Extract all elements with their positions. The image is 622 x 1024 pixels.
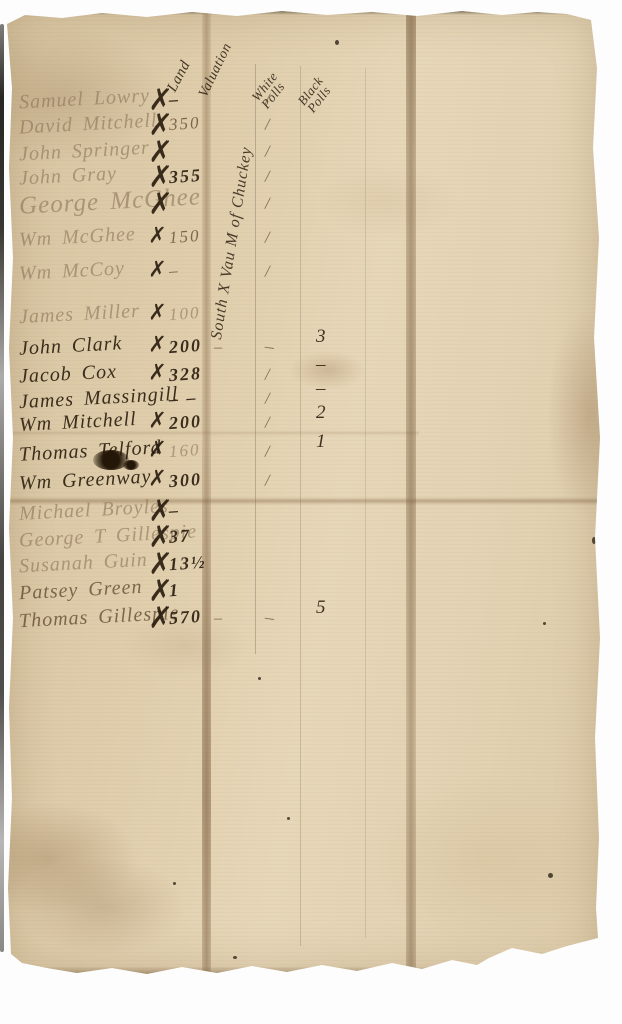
person-name: Jacob Cox bbox=[18, 360, 117, 388]
land-acreage-value: 200 bbox=[168, 335, 202, 358]
land-acreage-value: – bbox=[168, 261, 180, 282]
white-polls-value: / bbox=[264, 166, 272, 187]
person-name: Thomas Telford bbox=[18, 436, 162, 466]
person-name: Michael Broyles bbox=[19, 495, 170, 526]
ledger-row: James Miller ✗ 100 bbox=[7, 303, 601, 331]
ledger-row: Wm McGhee ✗ 150 / bbox=[7, 226, 601, 254]
person-name: Susanah Guin bbox=[18, 549, 148, 579]
white-polls-value: / bbox=[264, 227, 272, 248]
paper-bottom-edge bbox=[7, 966, 601, 974]
stain-speck bbox=[233, 956, 237, 959]
white-polls-value: / bbox=[264, 364, 272, 385]
black-polls-value: – bbox=[316, 378, 326, 400]
person-name: Wm Mitchell bbox=[18, 408, 137, 437]
ledger-row: George T Gillespie ✗ 37 bbox=[7, 525, 601, 553]
check-x-mark: ✗ bbox=[148, 255, 167, 284]
scanner-edge-strip bbox=[0, 24, 4, 952]
land-acreage-value: 37 bbox=[168, 525, 191, 547]
ledger-row: George McGhee ✗ / bbox=[7, 192, 601, 220]
ink-blot-small bbox=[123, 460, 139, 470]
white-polls-value: / bbox=[264, 441, 272, 462]
stain-speck bbox=[543, 622, 546, 625]
land-acreage-value: – bbox=[168, 89, 180, 111]
land-acreage-value: 200 bbox=[168, 411, 202, 434]
stain-speck bbox=[548, 873, 553, 878]
person-name: John Gray bbox=[18, 162, 117, 190]
black-polls-value: 5 bbox=[316, 597, 326, 619]
stain-speck bbox=[287, 817, 290, 820]
check-x-mark: ✗ bbox=[148, 464, 167, 493]
ledger-row: David Mitchell ✗ 350 / bbox=[7, 113, 601, 141]
land-acreage-value: 160 bbox=[168, 440, 201, 462]
check-x-mark: ✗ bbox=[148, 406, 167, 435]
land-acreage-value: 150 bbox=[168, 226, 201, 248]
person-name: John Clark bbox=[18, 332, 122, 360]
stain-speck bbox=[592, 537, 596, 544]
white-polls-value: / bbox=[264, 261, 272, 282]
document-paper: Land Valuation White Polls Black Polls S… bbox=[7, 8, 601, 974]
ledger-row: Patsey Green ✗ 1 bbox=[7, 579, 601, 607]
white-polls-value: / bbox=[264, 114, 272, 135]
ledger-row: Wm Greenway ✗ 300 / bbox=[7, 469, 601, 497]
land-acreage-value: – bbox=[168, 500, 180, 522]
person-name: Wm McCoy bbox=[18, 257, 125, 286]
check-x-mark: ✗ bbox=[148, 298, 167, 327]
white-polls-value: / bbox=[264, 193, 272, 214]
black-polls-value: 3 bbox=[316, 326, 326, 348]
land-acreage-value: 300 bbox=[168, 469, 202, 492]
white-polls-value: / bbox=[264, 470, 272, 491]
valuation-value: – bbox=[214, 339, 223, 357]
ledger-row: Wm Mitchell ✗ 200 / 2 bbox=[7, 411, 601, 439]
white-polls-value: – bbox=[264, 335, 276, 357]
land-acreage-value: 13½ bbox=[168, 552, 207, 576]
land-acreage-value: – – bbox=[168, 387, 198, 410]
check-x-mark: ✗ bbox=[148, 221, 167, 250]
stain-speck bbox=[258, 677, 261, 680]
valuation-value: – bbox=[214, 610, 223, 628]
person-name: Patsey Green bbox=[18, 576, 143, 605]
ledger-row: Michael Broyles ✗ – bbox=[7, 499, 601, 527]
ledger-row: John Clark ✗ 200 – – 3 bbox=[7, 335, 601, 363]
person-name: John Springer bbox=[18, 137, 150, 167]
white-polls-value: / bbox=[264, 141, 272, 162]
white-polls-value: / bbox=[264, 412, 272, 433]
person-name: James Miller bbox=[18, 300, 140, 329]
land-acreage-value: 570 bbox=[168, 606, 202, 629]
white-polls-value: – bbox=[264, 606, 276, 628]
ledger-row: Susanah Guin ✗ 13½ bbox=[7, 552, 601, 580]
scan-background: Land Valuation White Polls Black Polls S… bbox=[0, 0, 622, 1024]
black-polls-value: 2 bbox=[316, 402, 326, 424]
black-polls-value: 1 bbox=[316, 431, 326, 453]
stain-speck bbox=[335, 40, 339, 45]
white-polls-value: / bbox=[264, 388, 272, 409]
person-name: Wm McGhee bbox=[18, 223, 136, 252]
ledger-row: Wm McCoy ✗ – / bbox=[7, 260, 601, 288]
check-x-mark: ✗ bbox=[148, 330, 167, 359]
black-polls-value: – bbox=[316, 354, 326, 376]
person-name: David Mitchell bbox=[18, 109, 158, 139]
check-x-mark: ✗ bbox=[148, 358, 167, 387]
white-polls-value: / bbox=[264, 89, 272, 110]
stain-speck bbox=[173, 882, 176, 885]
land-acreage-value: 350 bbox=[168, 113, 201, 135]
land-acreage-value: 1 bbox=[168, 580, 180, 602]
land-acreage-value: 100 bbox=[168, 303, 201, 325]
person-name: Wm Greenway bbox=[18, 466, 152, 496]
paper-top-edge bbox=[7, 8, 601, 15]
ledger-row: Thomas Gillespie ✗ 570 – – 5 bbox=[7, 606, 601, 634]
check-x-mark: ✗ bbox=[148, 435, 167, 464]
check-x-mark: ✗ bbox=[147, 186, 173, 223]
